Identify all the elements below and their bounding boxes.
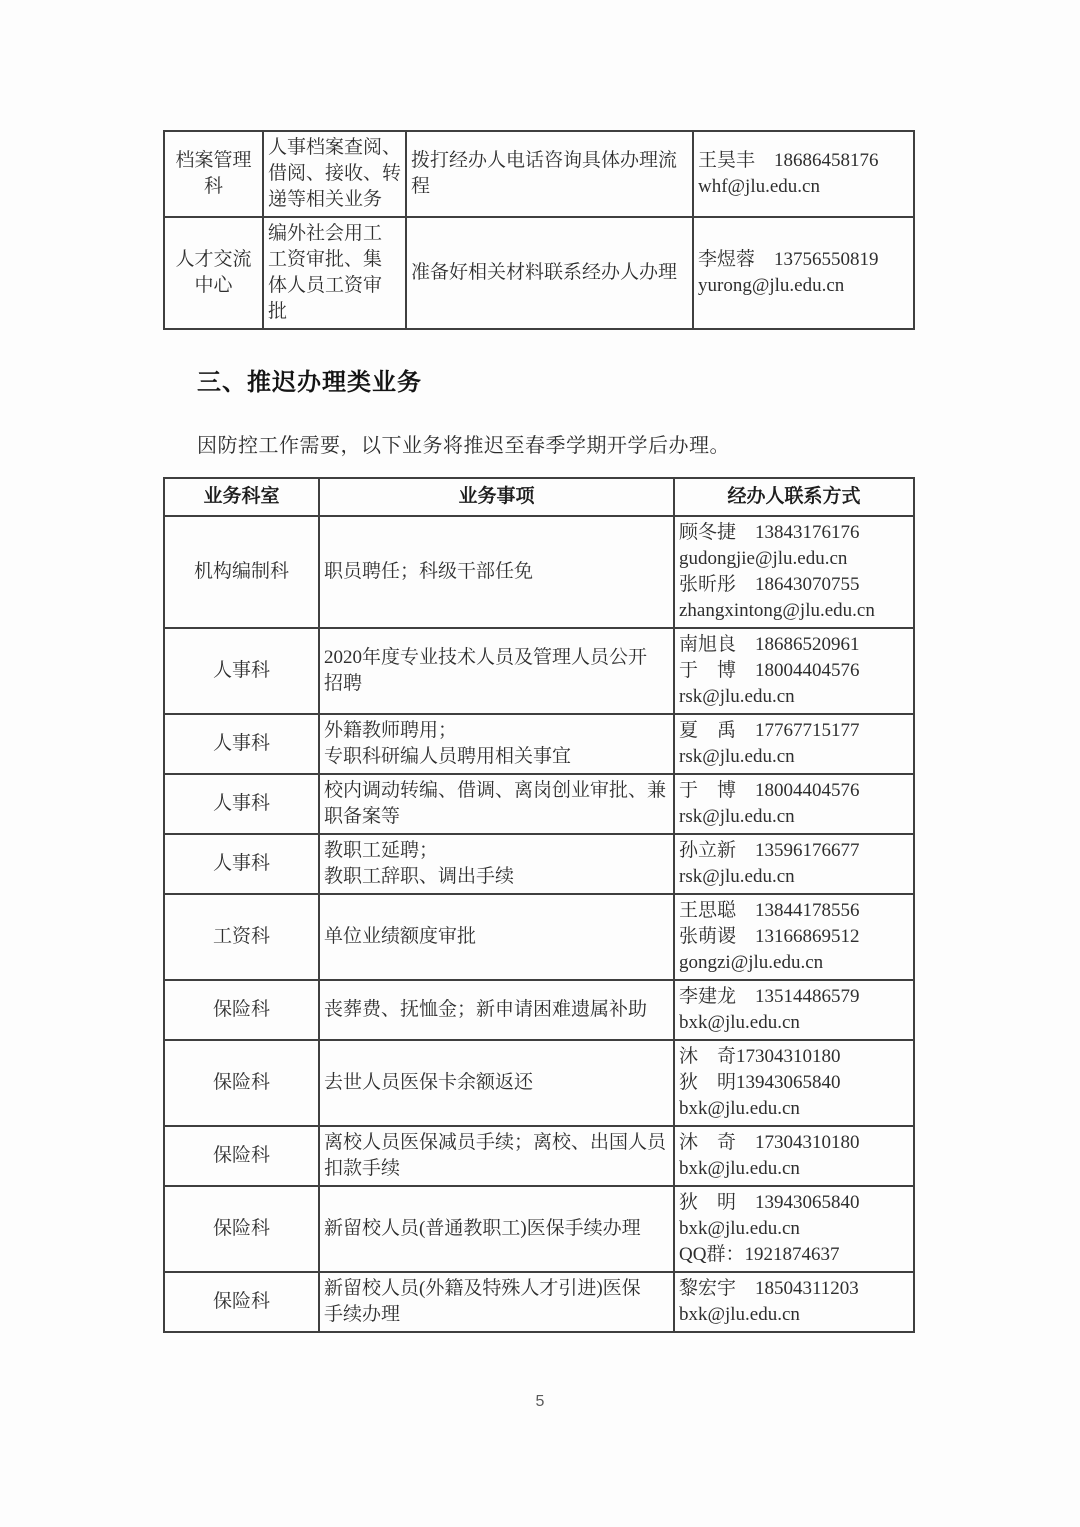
dept-cell: 保险科 — [164, 980, 319, 1040]
dept-cell: 人事科 — [164, 774, 319, 834]
table-row: 保险科 丧葬费、抚恤金；新申请困难遗属补助 李建龙 13514486579 bx… — [164, 980, 914, 1040]
header-item: 业务事项 — [319, 478, 674, 516]
dept-cell: 保险科 — [164, 1186, 319, 1272]
table-row: 人才交流中心 编外社会用工 工资审批、集 体人员工资审 批 准备好相关材料联系经… — [164, 217, 914, 329]
table-row: 工资科 单位业绩额度审批 王思聪 13844178556 张萌谡 1316686… — [164, 894, 914, 980]
item-cell: 去世人员医保卡余额返还 — [319, 1040, 674, 1126]
dept-cell: 人才交流中心 — [164, 217, 263, 329]
dept-cell: 人事科 — [164, 834, 319, 894]
item-cell: 离校人员医保减员手续；离校、出国人员 扣款手续 — [319, 1126, 674, 1186]
header-contact: 经办人联系方式 — [674, 478, 914, 516]
table-row: 保险科 离校人员医保减员手续；离校、出国人员 扣款手续 沐 奇 17304310… — [164, 1126, 914, 1186]
table-row: 保险科 去世人员医保卡余额返还 沐 奇17304310180 狄 明139430… — [164, 1040, 914, 1126]
items-cell: 人事档案查阅、 借阅、接收、转 递等相关业务 — [263, 131, 406, 217]
dept-cell: 保险科 — [164, 1126, 319, 1186]
item-cell: 校内调动转编、借调、离岗创业审批、兼 职备案等 — [319, 774, 674, 834]
contact-cell: 顾冬捷 13843176176 gudongjie@jlu.edu.cn 张昕彤… — [674, 516, 914, 628]
item-cell: 2020年度专业技术人员及管理人员公开 招聘 — [319, 628, 674, 714]
table-row: 人事科 外籍教师聘用； 专职科研编人员聘用相关事宜 夏 禹 1776771517… — [164, 714, 914, 774]
table-row: 人事科 2020年度专业技术人员及管理人员公开 招聘 南旭良 186865209… — [164, 628, 914, 714]
items-cell: 编外社会用工 工资审批、集 体人员工资审 批 — [263, 217, 406, 329]
contact-cell: 沐 奇17304310180 狄 明13943065840 bxk@jlu.ed… — [674, 1040, 914, 1126]
dept-cell: 人事科 — [164, 628, 319, 714]
item-cell: 职员聘任；科级干部任免 — [319, 516, 674, 628]
contact-cell: 孙立新 13596176677 rsk@jlu.edu.cn — [674, 834, 914, 894]
table-row: 人事科 校内调动转编、借调、离岗创业审批、兼 职备案等 于 博 18004404… — [164, 774, 914, 834]
header-dept: 业务科室 — [164, 478, 319, 516]
table-row: 档案管理科 人事档案查阅、 借阅、接收、转 递等相关业务 拨打经办人电话咨询具体… — [164, 131, 914, 217]
dept-cell: 工资科 — [164, 894, 319, 980]
dept-cell: 人事科 — [164, 714, 319, 774]
dept-cell: 保险科 — [164, 1040, 319, 1126]
table-header-row: 业务科室 业务事项 经办人联系方式 — [164, 478, 914, 516]
page-number: 5 — [0, 1393, 1080, 1411]
dept-cell: 机构编制科 — [164, 516, 319, 628]
deferred-table: 业务科室 业务事项 经办人联系方式 机构编制科 职员聘任；科级干部任免 顾冬捷 … — [163, 477, 915, 1333]
method-cell: 拨打经办人电话咨询具体办理流 程 — [406, 131, 693, 217]
contact-cell: 王昊丰 18686458176 whf@jlu.edu.cn — [693, 131, 914, 217]
contact-cell: 夏 禹 17767715177 rsk@jlu.edu.cn — [674, 714, 914, 774]
contact-cell: 狄 明 13943065840 bxk@jlu.edu.cn QQ群：19218… — [674, 1186, 914, 1272]
table-row: 保险科 新留校人员(外籍及特殊人才引进)医保 手续办理 黎宏宇 18504311… — [164, 1272, 914, 1332]
contact-cell: 南旭良 18686520961 于 博 18004404576 rsk@jlu.… — [674, 628, 914, 714]
contact-cell: 李煜蓉 13756550819 yurong@jlu.edu.cn — [693, 217, 914, 329]
dept-cell: 保险科 — [164, 1272, 319, 1332]
document-page: 档案管理科 人事档案查阅、 借阅、接收、转 递等相关业务 拨打经办人电话咨询具体… — [0, 0, 1080, 1527]
item-cell: 外籍教师聘用； 专职科研编人员聘用相关事宜 — [319, 714, 674, 774]
continuation-table: 档案管理科 人事档案查阅、 借阅、接收、转 递等相关业务 拨打经办人电话咨询具体… — [163, 130, 915, 330]
intro-paragraph: 因防控工作需要，以下业务将推迟至春季学期开学后办理。 — [197, 429, 730, 458]
item-cell: 教职工延聘； 教职工辞职、调出手续 — [319, 834, 674, 894]
contact-cell: 王思聪 13844178556 张萌谡 13166869512 gongzi@j… — [674, 894, 914, 980]
contact-cell: 黎宏宇 18504311203 bxk@jlu.edu.cn — [674, 1272, 914, 1332]
table-row: 机构编制科 职员聘任；科级干部任免 顾冬捷 13843176176 gudong… — [164, 516, 914, 628]
section-heading: 三、推迟办理类业务 — [197, 362, 422, 397]
contact-cell: 李建龙 13514486579 bxk@jlu.edu.cn — [674, 980, 914, 1040]
contact-cell: 沐 奇 17304310180 bxk@jlu.edu.cn — [674, 1126, 914, 1186]
method-cell: 准备好相关材料联系经办人办理 — [406, 217, 693, 329]
table-row: 人事科 教职工延聘； 教职工辞职、调出手续 孙立新 13596176677 rs… — [164, 834, 914, 894]
item-cell: 单位业绩额度审批 — [319, 894, 674, 980]
contact-cell: 于 博 18004404576 rsk@jlu.edu.cn — [674, 774, 914, 834]
item-cell: 新留校人员(普通教职工)医保手续办理 — [319, 1186, 674, 1272]
item-cell: 新留校人员(外籍及特殊人才引进)医保 手续办理 — [319, 1272, 674, 1332]
item-cell: 丧葬费、抚恤金；新申请困难遗属补助 — [319, 980, 674, 1040]
dept-cell: 档案管理科 — [164, 131, 263, 217]
table-row: 保险科 新留校人员(普通教职工)医保手续办理 狄 明 13943065840 b… — [164, 1186, 914, 1272]
